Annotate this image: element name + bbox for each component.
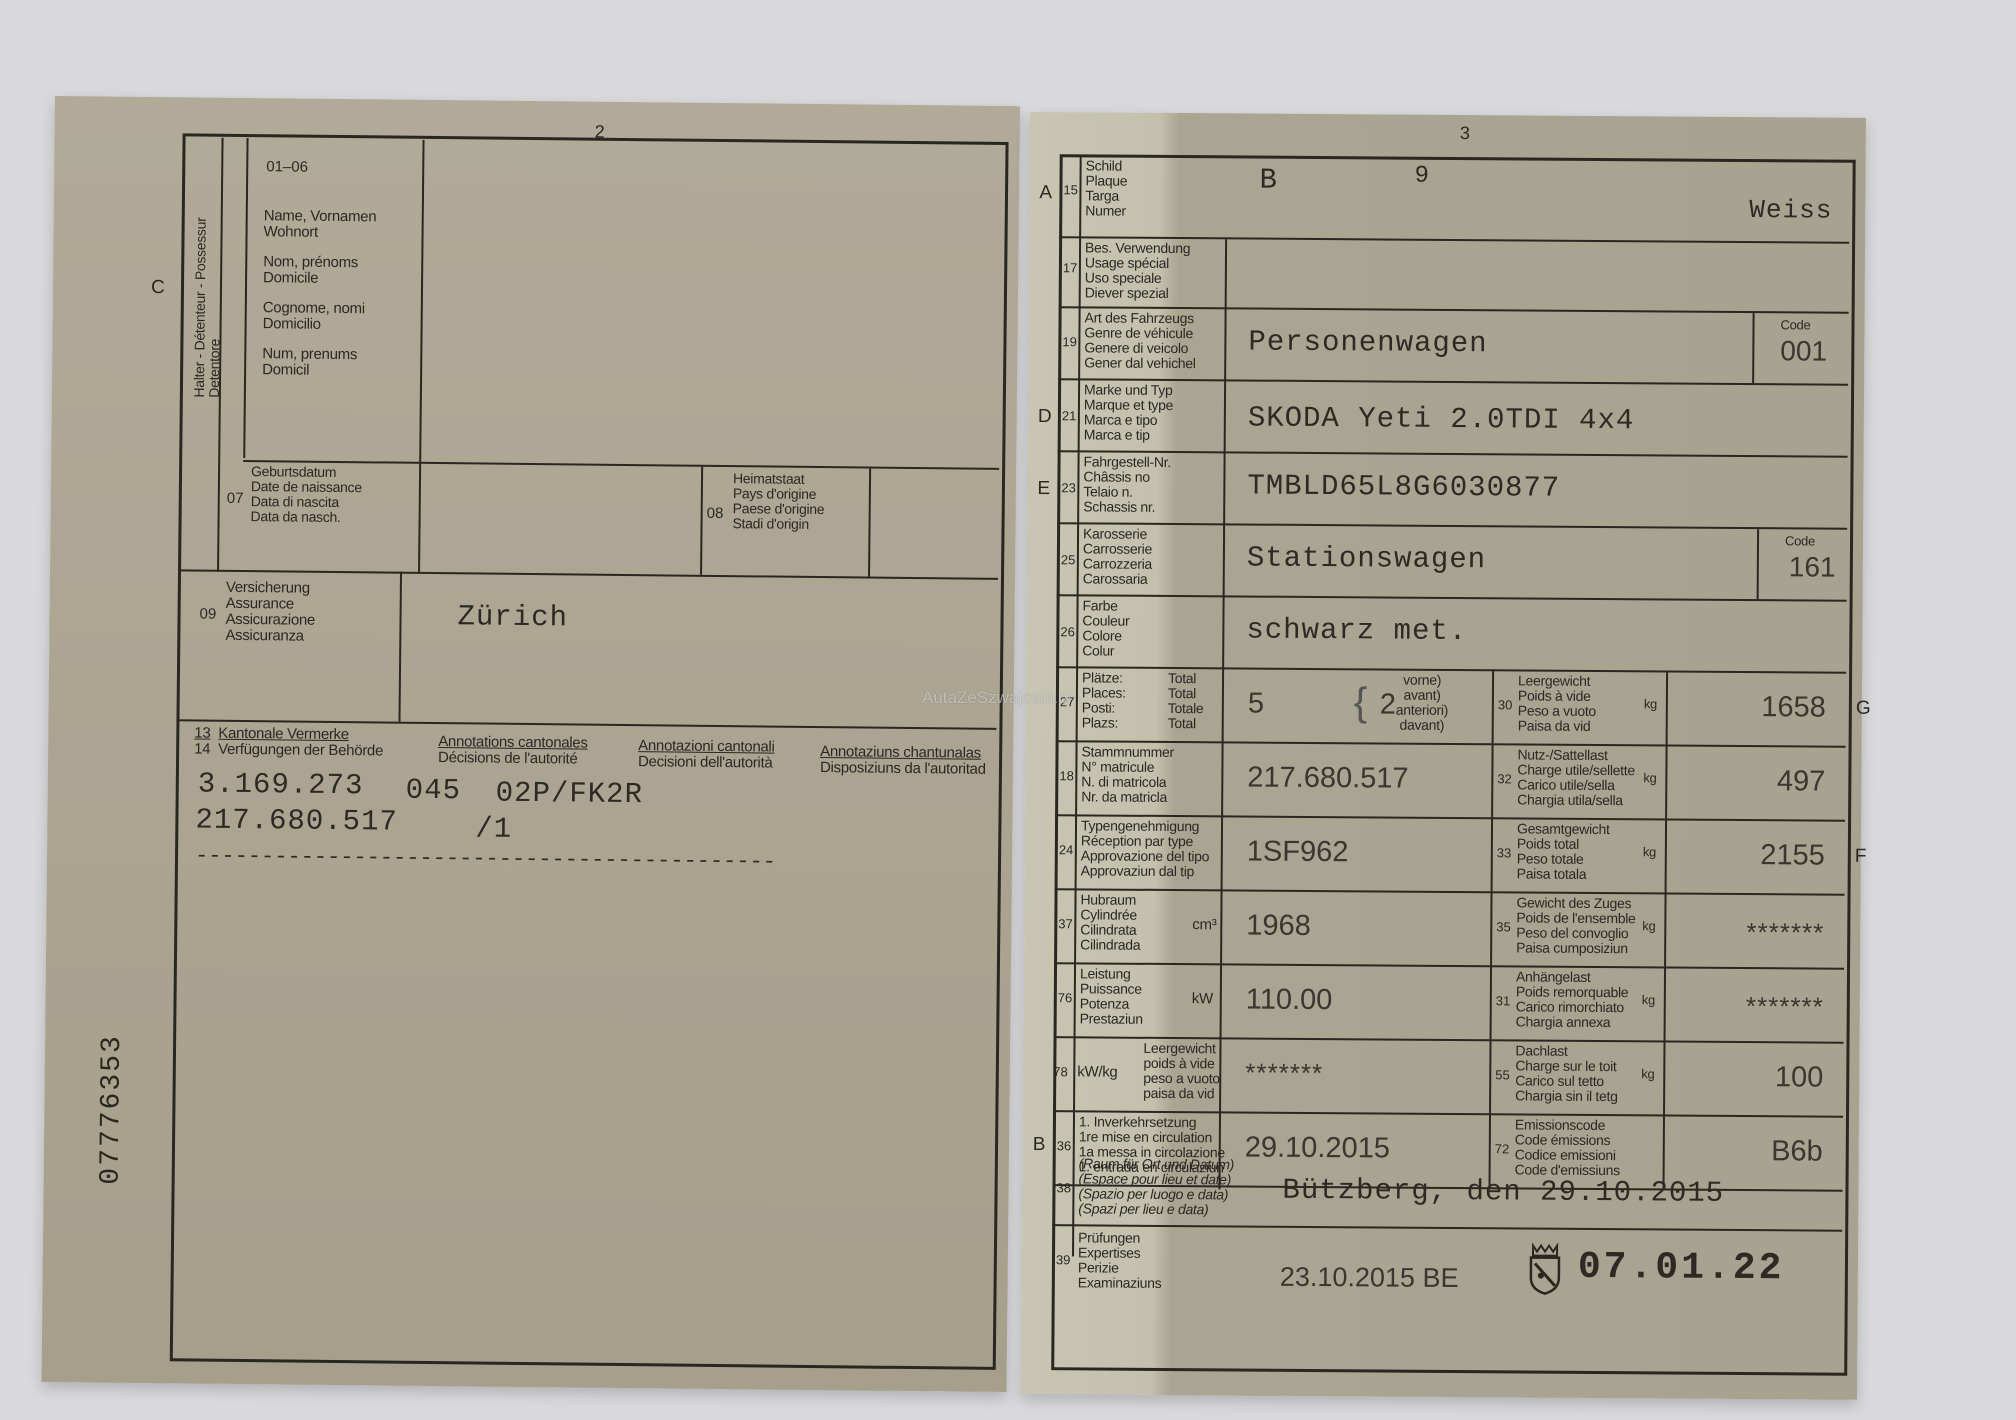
annotations-codes: 1314 [194, 725, 210, 757]
side-letter: F [1855, 846, 1867, 868]
body-code-label: Code [1785, 533, 1815, 549]
side-letter: B [1033, 1134, 1046, 1156]
page-number: 3 [1460, 123, 1470, 144]
color-labels: FarbeCouleurColoreColur [1082, 598, 1129, 658]
grid-left-code: 78 [1053, 1064, 1068, 1079]
grid-row: 24TypengenehmigungRéception par typeAppr… [1025, 814, 1845, 894]
grid-left-value: 217.680.517 [1247, 762, 1409, 796]
vehicle-data-grid: 27Plätze:Places:Posti:Plazs:TotalTotalTo… [1030, 112, 1866, 118]
brace: { [1354, 674, 1368, 730]
grid-left-unit: kW [1192, 991, 1213, 1007]
holder-side-label-2: Detentore [207, 339, 222, 398]
plate-color: Weiss [1749, 195, 1832, 226]
divider [1665, 744, 1668, 818]
grid-right-labels: AnhängelastPoids remorquableCarico rimor… [1516, 969, 1629, 1030]
birthdate-code: 07 [227, 490, 244, 507]
watermark: AutaZeSzwajcarii.pl [922, 688, 1071, 708]
plate-labels: SchildPlaqueTargaNumer [1085, 158, 1127, 218]
side-letter-d: D [1038, 406, 1052, 428]
insurance-value: Zürich [457, 600, 568, 634]
grid-row: 18StammnummerN° matriculeN. di matricola… [1025, 740, 1845, 820]
grid-left-value: ******* [1245, 1058, 1323, 1090]
grid-right-value: 1658 [1761, 691, 1826, 724]
grid-left-labels: TypengenehmigungRéception par typeApprov… [1081, 818, 1210, 879]
grid-right-value: ******* [1746, 991, 1824, 1023]
place-date-code: 38 [1056, 1180, 1071, 1195]
front-seats-value: 2 [1380, 688, 1396, 721]
grid-right-value: 497 [1777, 765, 1826, 798]
holder-field-range: 01–06 [266, 158, 308, 175]
power-weight-unit: kW/kg [1077, 1064, 1117, 1080]
grid-right-code: 32 [1497, 771, 1512, 786]
grid-right-value: 100 [1775, 1061, 1824, 1094]
grid-left-code: 36 [1057, 1138, 1072, 1153]
vehicle-kind-code: 19 [1062, 334, 1077, 349]
section-letter-c: C [151, 277, 165, 299]
seats-total-labels: TotalTotalTotaleTotal [1168, 671, 1204, 731]
grid-left-labels: LeistungPuissancePotenzaPrestaziun [1080, 966, 1144, 1026]
divider [1489, 1039, 1492, 1113]
inspections-labels: PrüfungenExpertisesPerizieExaminaziuns [1078, 1230, 1162, 1291]
grid-left-labels: StammnummerN° matriculeN. di matricolaNr… [1081, 744, 1174, 805]
side-letter-a: A [1039, 182, 1052, 204]
special-use-labels: Bes. VerwendungUsage spécialUso speciale… [1085, 240, 1191, 301]
grid-left-code: 37 [1058, 916, 1073, 931]
grid-left-value: 29.10.2015 [1245, 1132, 1390, 1166]
divider [1490, 965, 1493, 1039]
chassis-value: TMBLD65L8G6030877 [1247, 470, 1560, 505]
grid-right-labels: EmissionscodeCode émissionsCodice emissi… [1515, 1117, 1621, 1178]
chassis-labels: Fahrgestell-Nr.Châssis noTelaio n.Schass… [1083, 454, 1171, 515]
grid-right-labels: GesamtgewichtPoids totalPeso totalePaisa… [1517, 821, 1610, 882]
birthdate-field [426, 468, 687, 571]
grid-right-value: 2155 [1760, 839, 1825, 872]
grid-right-labels: Gewicht des ZugesPoids de l'ensemblePeso… [1516, 895, 1636, 956]
make-type-labels: Marke und TypMarque et typeMarca e tipoM… [1084, 382, 1174, 443]
serial-number: 07776353 [96, 1034, 129, 1185]
annotation-line-2-a: 217.680.517 [195, 804, 398, 839]
grid-right-labels: DachlastCharge sur le toitCarico sul tet… [1515, 1043, 1618, 1104]
annotations-header-fr: Annotations cantonalesDécisions de l'aut… [438, 734, 588, 768]
home-country-labels: HeimatstaatPays d'originePaese d'origine… [732, 471, 824, 532]
annotation-line-2-c: /1 [475, 812, 512, 845]
right-page: 3 A 15 SchildPlaqueTargaNumer B 9 Weiss … [1021, 112, 1866, 1400]
divider [1491, 743, 1494, 817]
grid-left-labels: Plätze:Places:Posti:Plazs: [1082, 670, 1126, 730]
annotation-line-1-b: 045 [406, 774, 462, 808]
grid-left-code: 76 [1058, 990, 1073, 1005]
divider [1664, 966, 1667, 1040]
chassis-code: 23 [1061, 480, 1076, 495]
front-seats-labels: vorne)avant)anteriori)davant) [1396, 673, 1449, 733]
grid-right-code: 35 [1496, 919, 1511, 934]
grid-left-value: 110.00 [1246, 984, 1333, 1018]
grid-row: 78kW/kgLeergewichtpoids à videpeso a vuo… [1023, 1036, 1843, 1116]
divider [1663, 1040, 1666, 1114]
grid-row: 27Plätze:Places:Posti:Plazs:TotalTotalTo… [1026, 666, 1846, 746]
grid-right-unit: kg [1641, 1066, 1654, 1082]
body-labels: KarosserieCarrosserieCarrozzeriaCarossar… [1083, 526, 1152, 586]
grid-right-unit: kg [1643, 770, 1656, 786]
holder-labels: Name, VornamenWohnort Nom, prénomsDomici… [262, 208, 376, 379]
birthdate-labels: GeburtsdatumDate de naissanceData di nas… [251, 464, 362, 525]
insurance-labels: VersicherungAssuranceAssicurazioneAssicu… [225, 580, 315, 645]
vehicle-kind-labels: Art des FahrzeugsGenre de véhiculeGenere… [1084, 310, 1196, 371]
annotation-line-1-a: 3.169.273 [198, 768, 364, 803]
inspection-stamp-date: 07.01.22 [1578, 1246, 1785, 1290]
divider [1665, 818, 1668, 892]
plate-code: 15 [1063, 182, 1078, 197]
grid-right-code: 31 [1496, 993, 1511, 1008]
color-code: 26 [1060, 624, 1075, 639]
grid-right-unit: kg [1643, 844, 1656, 860]
special-use-code: 17 [1063, 260, 1078, 275]
color-value: schwarz met. [1246, 614, 1467, 649]
grid-right-unit: kg [1644, 696, 1657, 712]
grid-right-value: ******* [1746, 917, 1824, 949]
home-country-code: 08 [707, 505, 724, 522]
annotations-header-it: Annotazioni cantonaliDecisioni dell'auto… [638, 738, 775, 771]
annotation-line-1-c: 02P/FK2R [496, 777, 644, 812]
grid-right-value: B6b [1771, 1135, 1823, 1168]
annotations-header-rm: Annotaziuns chantunalasDisposiziuns da l… [820, 744, 986, 778]
holder-value-field [427, 144, 990, 460]
grid-left-labels: Leergewichtpoids à videpeso a vuotopaisa… [1143, 1041, 1220, 1102]
plate-number: 9 [1414, 163, 1430, 190]
grid-right-code: 72 [1495, 1141, 1510, 1156]
grid-row: 76LeistungPuissancePotenzaPrestaziunkW11… [1024, 962, 1844, 1042]
divider [1491, 817, 1494, 891]
side-letter-e: E [1037, 478, 1050, 500]
grid-left-value: 1SF962 [1247, 836, 1349, 870]
make-type-code: 21 [1062, 408, 1077, 423]
grid-right-unit: kg [1642, 992, 1655, 1008]
divider [1492, 669, 1495, 743]
grid-left-value: 5 [1248, 688, 1264, 721]
grid-left-labels: HubraumCylindréeCilindrataCilindrada [1080, 892, 1140, 952]
bern-coat-of-arms-icon [1527, 1241, 1563, 1295]
grid-right-code: 33 [1497, 845, 1512, 860]
insurance-code: 09 [199, 606, 216, 623]
plate-canton: B [1259, 164, 1278, 197]
divider [1664, 892, 1667, 966]
vehicle-kind-value: Personenwagen [1248, 326, 1487, 361]
vehicle-kind-code-value: 001 [1780, 335, 1827, 367]
grid-left-code: 18 [1059, 768, 1074, 783]
divider [1490, 891, 1493, 965]
side-letter: G [1856, 698, 1871, 720]
grid-right-unit: kg [1642, 918, 1655, 934]
grid-row: 37HubraumCylindréeCilindrataCilindradacm… [1024, 888, 1844, 968]
annotations-header-de: Kantonale VermerkeVerfügungen der Behörd… [218, 726, 383, 760]
make-type-value: SKODA Yeti 2.0TDI 4x4 [1248, 402, 1635, 438]
inspections-code: 39 [1056, 1252, 1071, 1267]
grid-left-value: 1968 [1246, 910, 1311, 943]
place-date-value: Bützberg, den 29.10.2015 [1282, 1174, 1724, 1210]
grid-right-labels: LeergewichtPoids à videPeso a vuotoPaisa… [1518, 673, 1597, 734]
body-code: 25 [1061, 552, 1076, 567]
inspections-value: 23.10.2015 BE [1280, 1262, 1459, 1294]
vehicle-kind-code-label: Code [1780, 317, 1810, 333]
grid-left-unit: cm³ [1192, 917, 1216, 933]
grid-right-code: 30 [1498, 697, 1513, 712]
grid-left-code: 24 [1059, 842, 1074, 857]
body-value: Stationswagen [1247, 542, 1486, 577]
grid-right-code: 55 [1495, 1067, 1510, 1082]
left-page: 2 07776353 C Halter - Détenteur - Posses… [42, 96, 1020, 1392]
body-code-value: 161 [1789, 551, 1836, 583]
divider [1666, 670, 1669, 744]
place-date-labels: (Raum für Ort und Datum)(Espace pour lie… [1078, 1156, 1234, 1217]
grid-right-labels: Nutz-/SattellastCharge utile/selletteCar… [1517, 747, 1635, 808]
